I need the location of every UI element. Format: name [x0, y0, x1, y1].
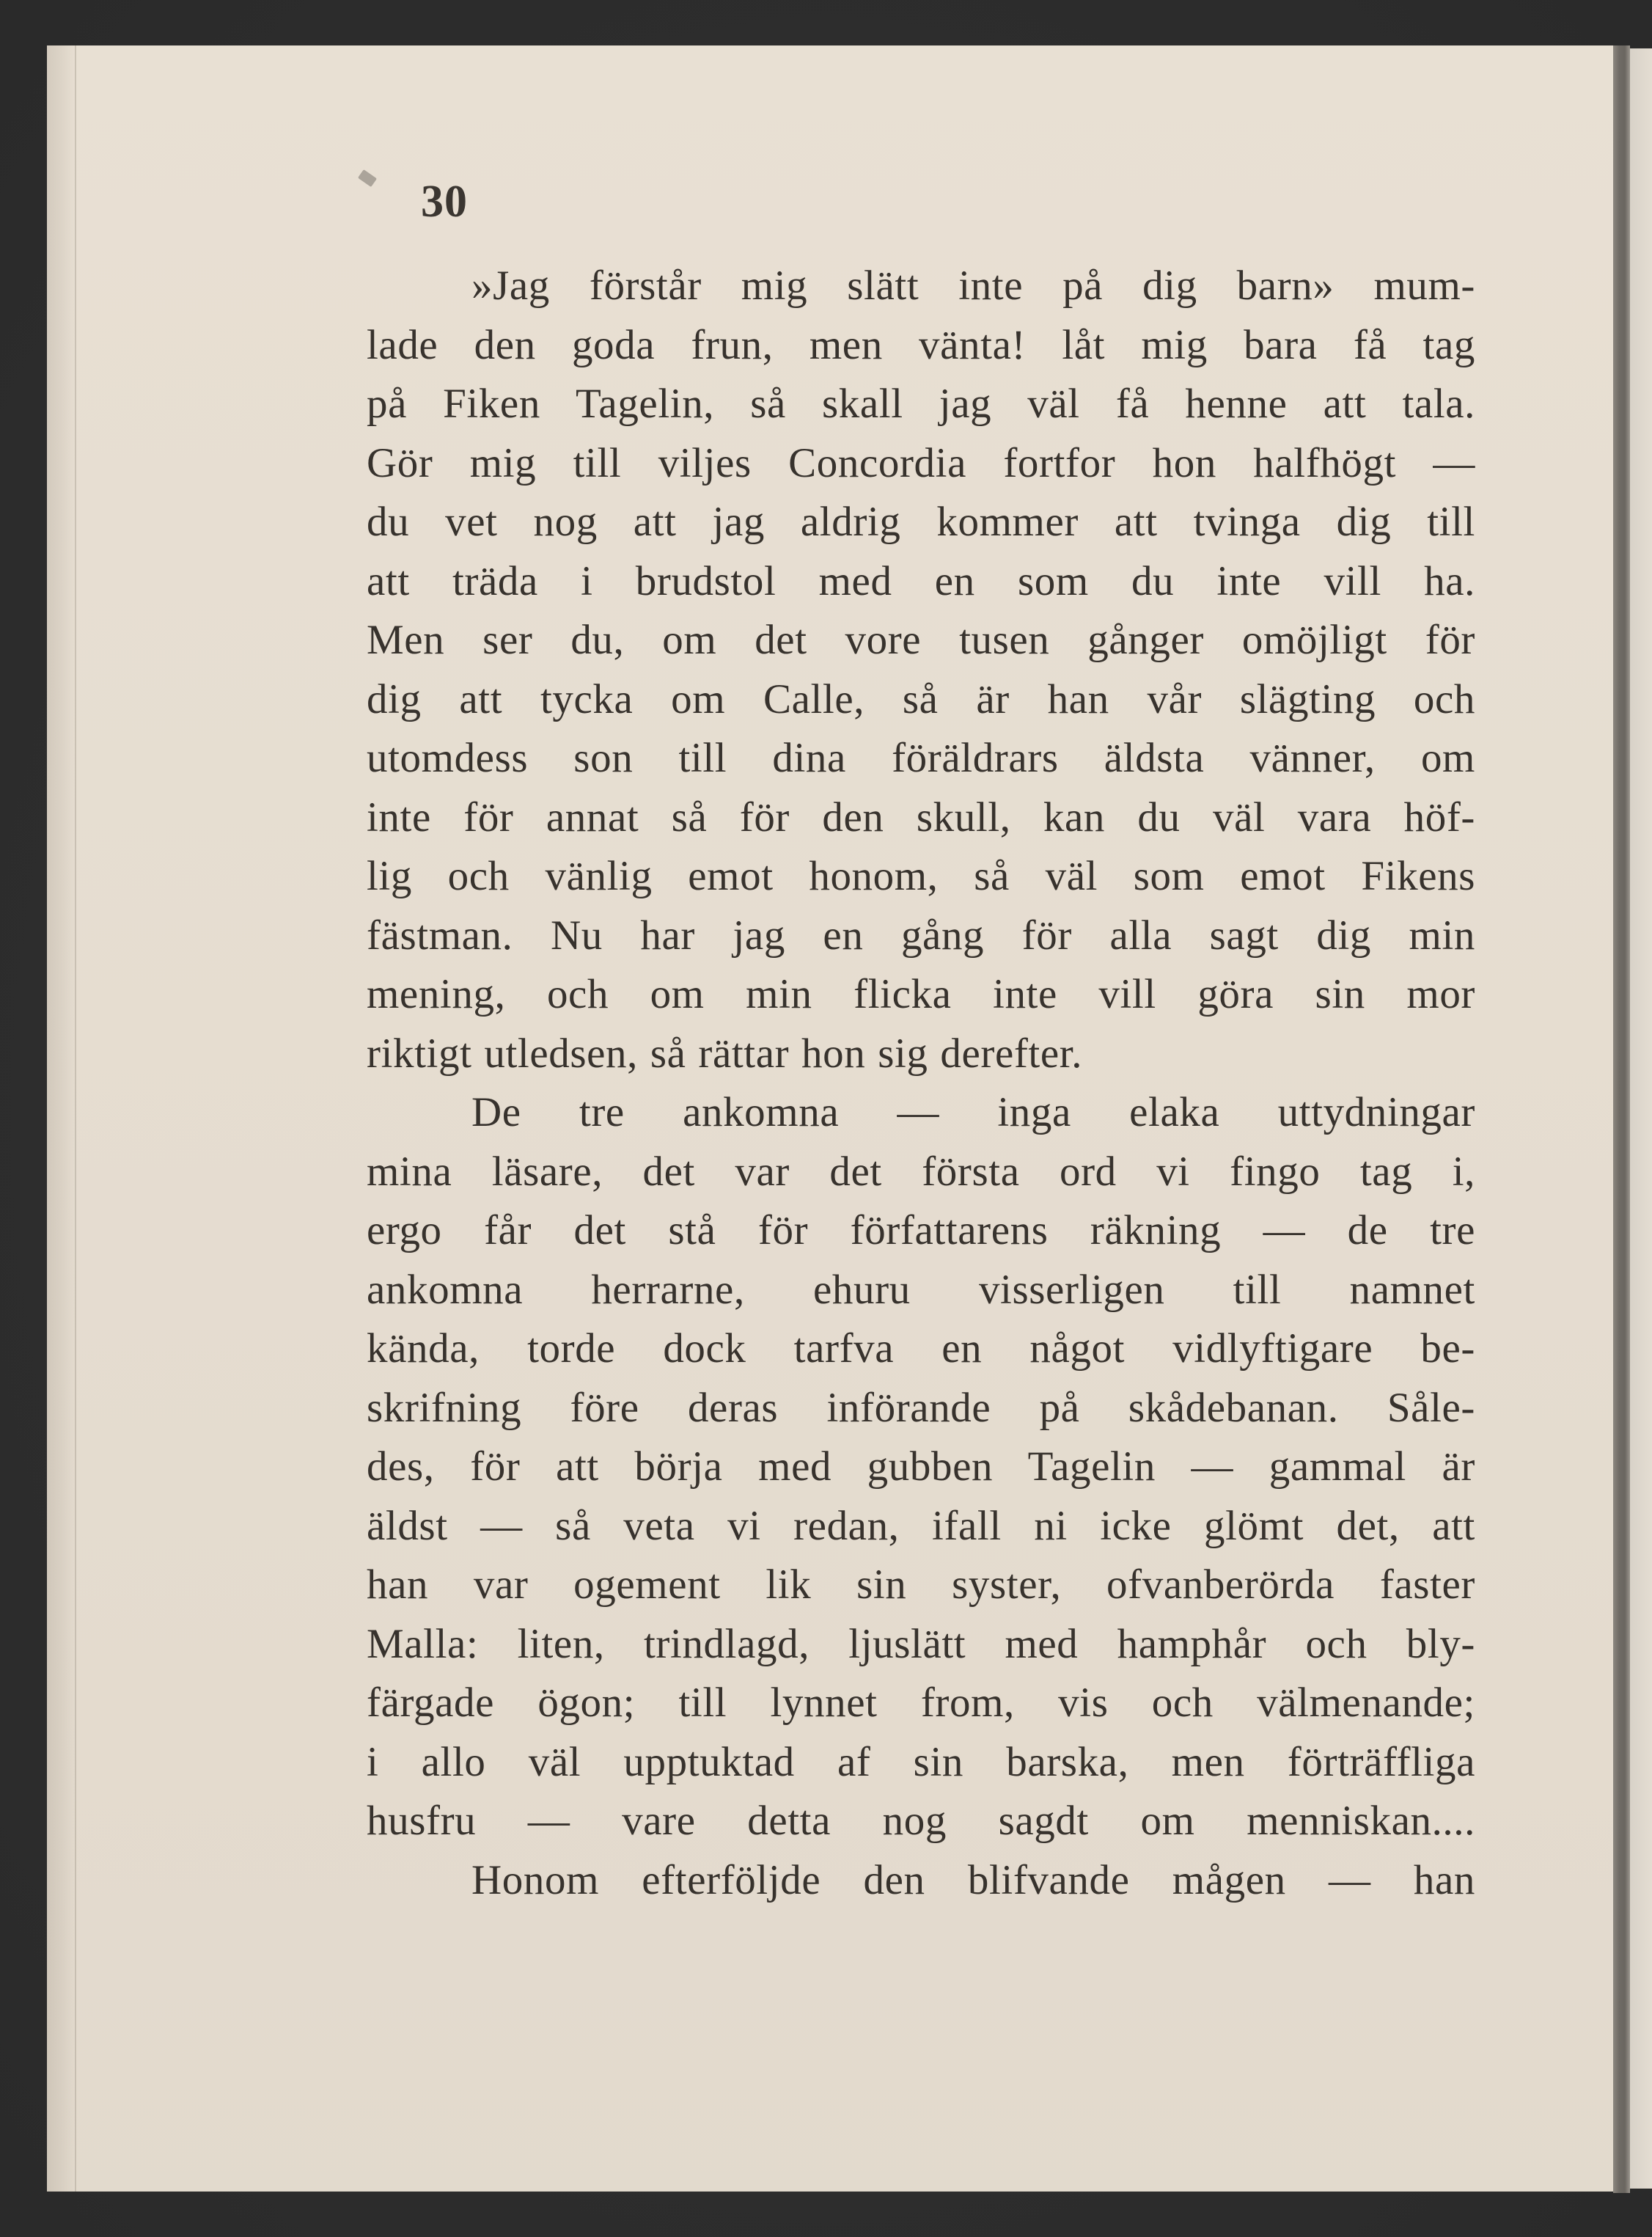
text-line: färgade ögon; till lynnet from, vis och … — [367, 1674, 1475, 1733]
text-line: du vet nog att jag aldrig kommer att tvi… — [367, 493, 1475, 552]
text-line: des, för att börja med gubben Tagelin — … — [367, 1438, 1475, 1497]
text-line: Honom efterföljde den blifvande mågen — … — [367, 1851, 1475, 1911]
book-spine-gutter — [1613, 45, 1630, 2193]
text-line: »Jag förstår mig slätt inte på dig barn»… — [367, 257, 1475, 316]
page-number: 30 — [421, 179, 468, 224]
paragraph-3: Honom efterföljde den blifvande mågen — … — [367, 1851, 1475, 1911]
facing-page-edge — [1630, 48, 1652, 2189]
body-text: »Jag förstår mig slätt inte på dig barn»… — [367, 257, 1475, 1910]
text-line: lade den goda frun, men vänta! låt mig b… — [367, 316, 1475, 376]
text-line: De tre ankomna — inga elaka uttydningar — [367, 1083, 1475, 1143]
text-line: på Fiken Tagelin, så skall jag väl få he… — [367, 375, 1475, 434]
text-line: inte för annat så för den skull, kan du … — [367, 788, 1475, 848]
paragraph-2: De tre ankomna — inga elaka uttydningar … — [367, 1083, 1475, 1851]
text-line: Gör mig till viljes Concordia fortfor ho… — [367, 434, 1475, 494]
text-line: dig att tycka om Calle, så är han vår sl… — [367, 670, 1475, 730]
text-line: Men ser du, om det vore tusen gånger omö… — [367, 611, 1475, 670]
text-line: att träda i brudstol med en som du inte … — [367, 552, 1475, 612]
text-line: riktigt utledsen, så rättar hon sig dere… — [367, 1025, 1475, 1084]
text-line: Malla: liten, trindlagd, ljuslätt med ha… — [367, 1615, 1475, 1674]
text-line: ergo får det stå för författarens räknin… — [367, 1201, 1475, 1261]
text-line: fästman. Nu har jag en gång för alla sag… — [367, 907, 1475, 966]
page-edge-shading — [47, 45, 76, 2192]
text-line: utomdess son till dina föräldrars äldsta… — [367, 729, 1475, 788]
text-line: han var ogement lik sin syster, ofvanber… — [367, 1556, 1475, 1615]
text-line: husfru — vare detta nog sagdt om mennisk… — [367, 1792, 1475, 1851]
text-line: i allo väl upptuktad af sin barska, men … — [367, 1733, 1475, 1793]
text-line: mening, och om min flicka inte vill göra… — [367, 965, 1475, 1025]
text-line: mina läsare, det var det första ord vi f… — [367, 1143, 1475, 1202]
text-line: kända, torde dock tarfva en något vidlyf… — [367, 1319, 1475, 1379]
text-line: skrifning före deras införande på skådeb… — [367, 1379, 1475, 1438]
text-line: lig och vänlig emot honom, så väl som em… — [367, 847, 1475, 907]
paragraph-1: »Jag förstår mig slätt inte på dig barn»… — [367, 257, 1475, 1083]
text-line: ankomna herrarne, ehuru visserligen till… — [367, 1261, 1475, 1320]
text-line: äldst — så veta vi redan, ifall ni icke … — [367, 1497, 1475, 1556]
